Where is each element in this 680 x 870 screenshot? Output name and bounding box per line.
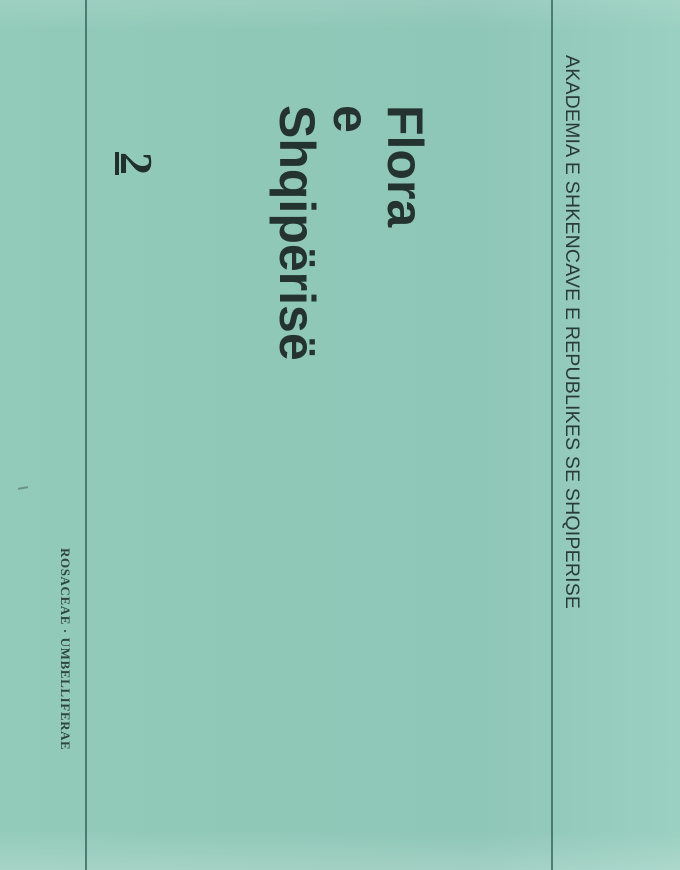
publisher-name: AKADEMIA E SHKENCAVE E REPUBLIKES SE SHQ… (560, 55, 584, 745)
spine-fold-line-left (85, 0, 87, 870)
cover-blemish (18, 486, 28, 490)
book-cover: AKADEMIA E SHKENCAVE E REPUBLIKES SE SHQ… (0, 0, 680, 870)
spine-fold-line-right (551, 0, 553, 870)
title-line-1: Flora (378, 105, 432, 361)
volume-number: 2 (116, 152, 156, 175)
title-line-3: Shqipërisë (270, 105, 324, 361)
book-title: Flora e Shqipërisë (270, 105, 432, 361)
title-line-2: e (324, 105, 378, 361)
spine-subtitle: ROSACEAE · UMBELLIFERAE (57, 548, 73, 750)
